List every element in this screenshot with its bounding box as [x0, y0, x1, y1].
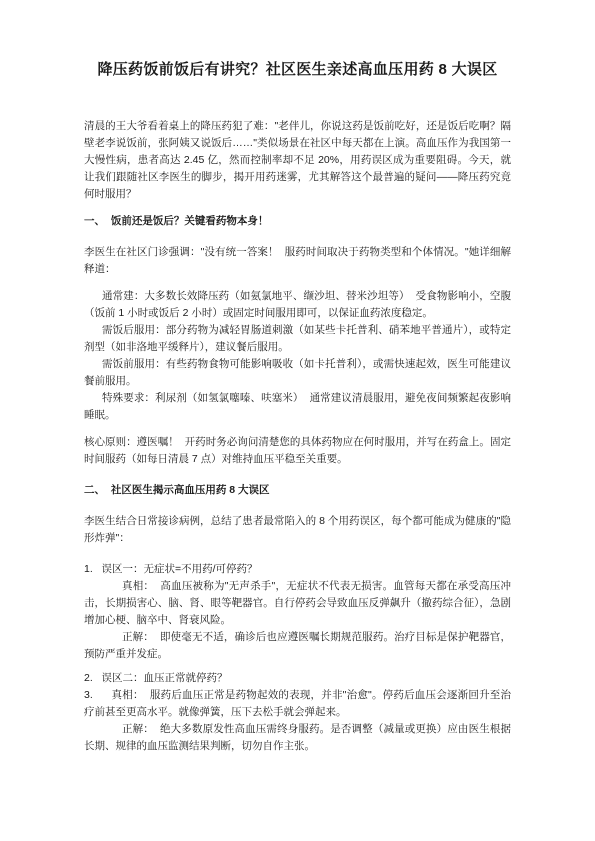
paragraph-point-before-meal: 需饭前服用：有些药物食物可能影响吸收（如卡托普利），或需快速起效，医生可能建议餐…: [84, 356, 511, 390]
paragraph-core-principle: 核心原则：遵医嘱！ 开药时务必询问清楚您的具体药物应在何时服用，并写在药盒上。固…: [84, 434, 511, 468]
paragraph-myth2-answer: 正解： 绝大多数原发性高血压需终身服药。是否调整（减量或更换）应由医生根据长期、…: [84, 721, 511, 755]
document-title: 降压药饭前饭后有讲究？社区医生亲述高血压用药 8 大误区: [84, 58, 511, 82]
document-body: 清晨的王大爷看着桌上的降压药犯了难："老伴儿，你说这药是饭前吃好，还是饭后吃啊？…: [84, 118, 511, 755]
paragraph-myth1-title: 1. 误区一：无症状=不用药/可停药？: [84, 561, 511, 578]
paragraph-point-special: 特殊要求：利尿剂（如氢氯噻嗪、呋塞米） 通常建议清晨服用，避免夜间频繁起夜影响睡…: [84, 390, 511, 424]
paragraph-point-after-meal: 需饭后服用：部分药物为减轻胃肠道刺激（如某些卡托普利、硝苯地平普通片），或特定剂…: [84, 322, 511, 356]
paragraph-section1-heading: 一、 饭前还是饭后？关键看药物本身！: [84, 213, 511, 230]
paragraph-myth1-answer: 正解： 即使毫无不适，确诊后也应遵医嘱长期规范服药。治疗目标是保护靶器官，预防严…: [84, 629, 511, 663]
paragraph-section1-lead: 李医生在社区门诊强调："没有统一答案！ 服药时间取决于药物类型和个体情况。"她详…: [84, 244, 511, 278]
paragraph-myth2-title: 2. 误区二：血压正常就停药？: [84, 670, 511, 687]
paragraph-intro: 清晨的王大爷看着桌上的降压药犯了难："老伴儿，你说这药是饭前吃好，还是饭后吃啊？…: [84, 118, 511, 203]
paragraph-myth2-truth: 3. 真相： 服药后血压正常是药物起效的表现，并非"治愈"。停药后血压会逐渐回升…: [84, 687, 511, 721]
paragraph-section2-lead: 李医生结合日常接诊病例，总结了患者最常陷入的 8 个用药误区，每个都可能成为健康…: [84, 513, 511, 547]
document-page: 降压药饭前饭后有讲究？社区医生亲述高血压用药 8 大误区 清晨的王大爷看着桌上的…: [0, 0, 595, 841]
paragraph-section2-heading: 二、 社区医生揭示高血压用药 8 大误区: [84, 482, 511, 499]
paragraph-myth1-truth: 真相： 高血压被称为"无声杀手"，无症状不代表无损害。血管每天都在承受高压冲击，…: [84, 578, 511, 629]
paragraph-point-usual: 通常建：大多数长效降压药（如氨氯地平、缬沙坦、替米沙坦等） 受食物影响小，空腹（…: [84, 288, 511, 322]
